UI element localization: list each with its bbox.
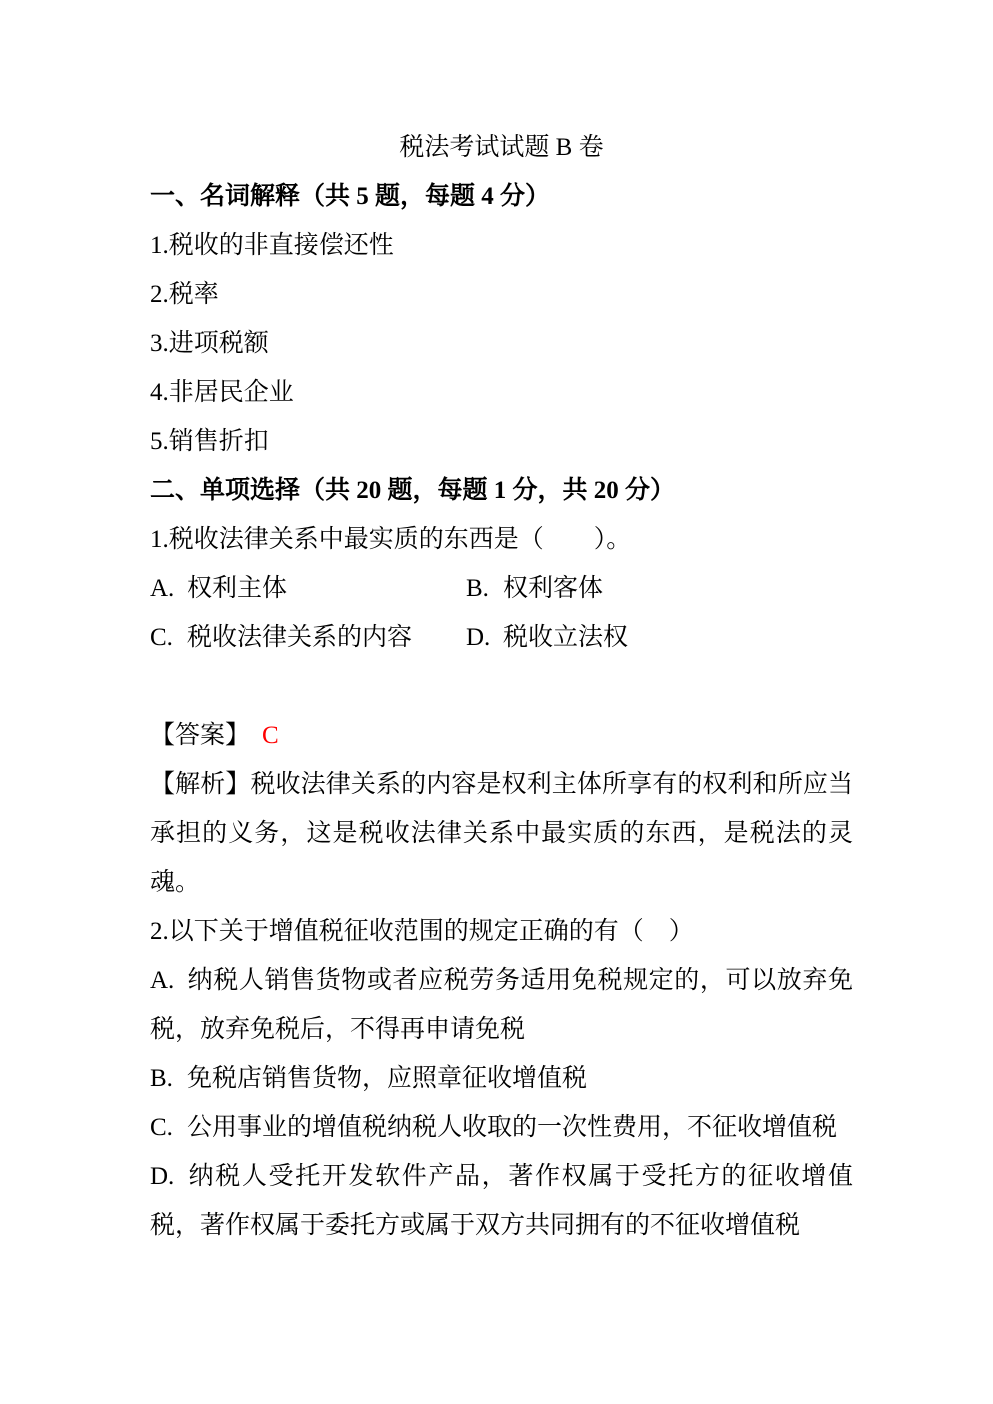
question2-option-c: C.公用事业的增值税纳税人收取的一次性费用，不征收增值税 [150, 1103, 853, 1152]
option-label: C. [150, 1103, 187, 1152]
question2-option-b: B.免税店销售货物，应照章征收增值税 [150, 1054, 853, 1103]
option-label: A. [150, 564, 187, 613]
question1-option-d: D.税收立法权 [466, 613, 853, 662]
question1-text: 1.税收法律关系中最实质的东西是（ ）。 [150, 515, 853, 564]
document-page: 税法考试试题 B 卷 一、名词解释（共 5 题，每题 4 分） 1.税收的非直接… [0, 0, 993, 1404]
definition-item-4: 4.非居民企业 [150, 368, 853, 417]
question1-option-c: C.税收法律关系的内容 [150, 613, 466, 662]
question1-option-a: A.权利主体 [150, 564, 466, 613]
option-text: 权利主体 [187, 575, 287, 602]
option-label: A. [150, 956, 187, 1005]
option-label: B. [150, 1054, 187, 1103]
question2-text: 2.以下关于增值税征收范围的规定正确的有（ ） [150, 907, 853, 956]
definition-item-1: 1.税收的非直接偿还性 [150, 221, 853, 270]
option-label: C. [150, 613, 187, 662]
answer-label: 【答案】 [150, 722, 250, 749]
option-text: 税收立法权 [503, 624, 628, 651]
option-text: 公用事业的增值税纳税人收取的一次性费用，不征收增值税 [187, 1114, 837, 1141]
question1-options-row-1: A.权利主体 B.权利客体 [150, 564, 853, 613]
option-text: 纳税人销售货物或者应税劳务适用免税规定的，可以放弃免税，放弃免税后，不得再申请免… [150, 967, 853, 1043]
answer-value: C [262, 722, 279, 749]
section1-heading: 一、名词解释（共 5 题，每题 4 分） [150, 172, 853, 221]
blank-line [150, 662, 853, 711]
analysis-text: 【解析】税收法律关系的内容是权利主体所享有的权利和所应当承担的义务，这是税收法律… [150, 760, 853, 907]
document-title: 税法考试试题 B 卷 [150, 123, 853, 172]
question1-options-row-2: C.税收法律关系的内容 D.税收立法权 [150, 613, 853, 662]
question2-option-d: D.纳税人受托开发软件产品，著作权属于受托方的征收增值税，著作权属于委托方或属于… [150, 1152, 853, 1250]
option-text: 权利客体 [503, 575, 603, 602]
option-text: 税收法律关系的内容 [187, 624, 412, 651]
option-label: B. [466, 564, 503, 613]
question2-option-a: A.纳税人销售货物或者应税劳务适用免税规定的，可以放弃免税，放弃免税后，不得再申… [150, 956, 853, 1054]
option-label: D. [150, 1152, 187, 1201]
question1-option-b: B.权利客体 [466, 564, 853, 613]
section2-heading: 二、单项选择（共 20 题，每题 1 分，共 20 分） [150, 466, 853, 515]
option-text: 纳税人受托开发软件产品，著作权属于受托方的征收增值税，著作权属于委托方或属于双方… [150, 1163, 853, 1239]
definition-item-5: 5.销售折扣 [150, 417, 853, 466]
answer-line: 【答案】C [150, 711, 853, 760]
definition-item-2: 2.税率 [150, 270, 853, 319]
option-label: D. [466, 613, 503, 662]
definition-item-3: 3.进项税额 [150, 319, 853, 368]
option-text: 免税店销售货物，应照章征收增值税 [187, 1065, 587, 1092]
